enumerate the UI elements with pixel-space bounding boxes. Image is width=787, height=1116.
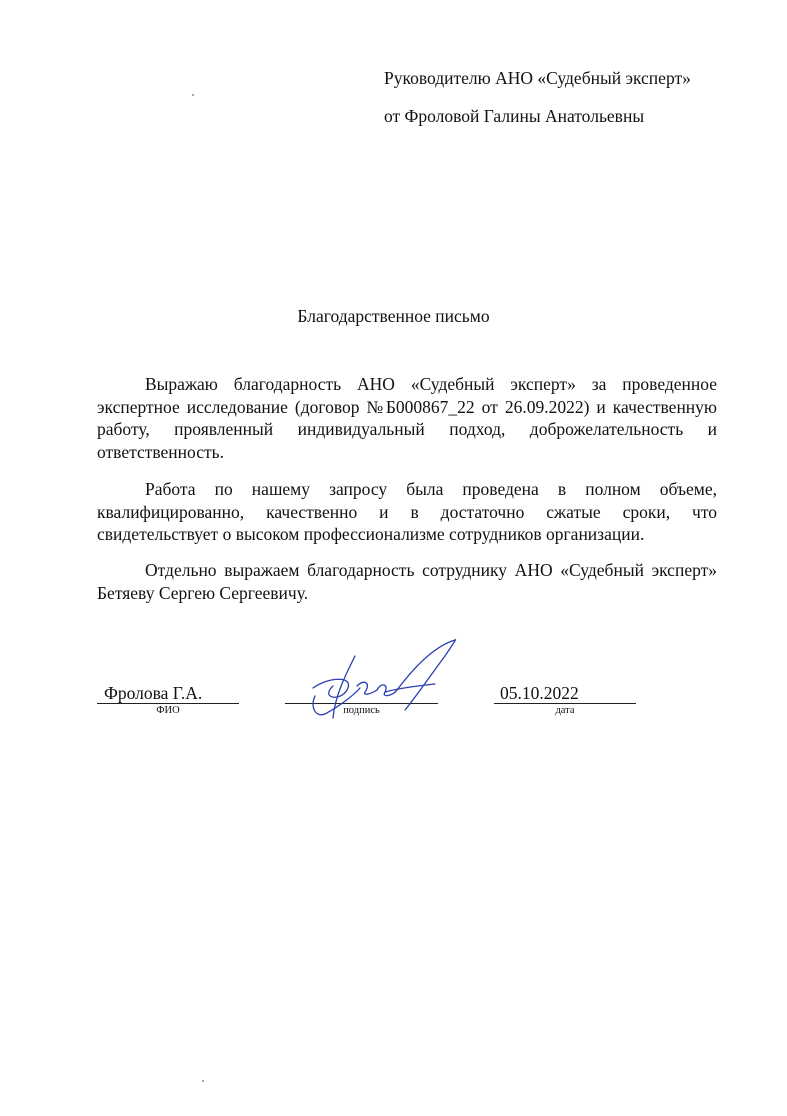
sender-line: от Фроловой Галины Анатольевны [384,106,644,126]
sign-date: 05.10.2022 [500,683,579,704]
name-underline [97,703,239,704]
signer-name: Фролова Г.А. [104,683,202,704]
letter-title: Благодарственное письмо [0,306,787,327]
recipient-line: Руководителю АНО «Судебный эксперт» [384,68,691,88]
paragraph-1: Выражаю благодарность АНО «Судебный эксп… [97,373,717,463]
paragraph-3: Отдельно выражаем благодарность сотрудни… [97,559,717,604]
handwritten-signature [285,636,465,726]
paragraph-2: Работа по нашему запросу была проведена … [97,478,717,546]
date-underline [494,703,636,704]
name-caption: ФИО [97,705,239,716]
scan-speck [202,1080,204,1082]
scan-speck [192,94,194,96]
date-caption: дата [494,705,636,716]
